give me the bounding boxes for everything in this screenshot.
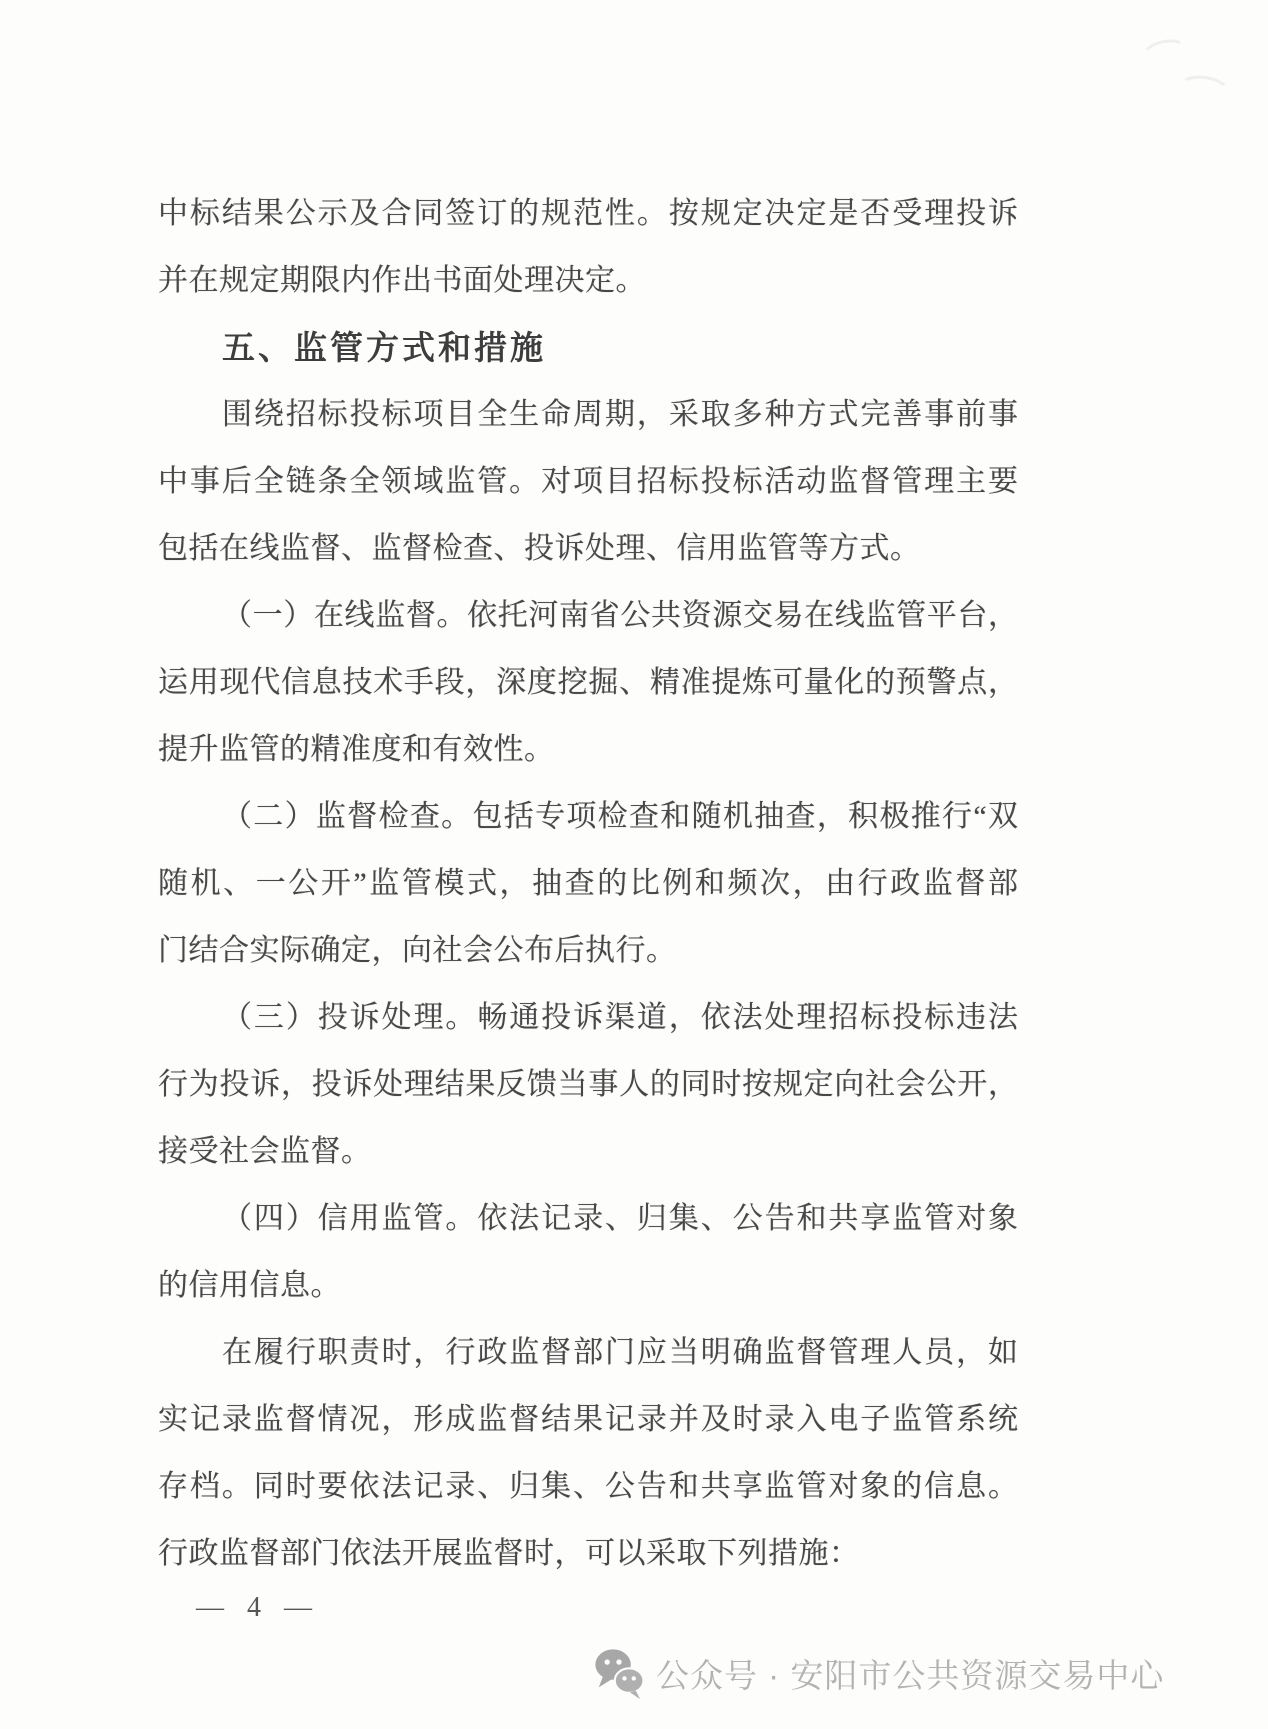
- document-line: 接受社会监督。: [158, 1118, 1018, 1185]
- page-number: — 4 —: [196, 1592, 320, 1624]
- document-line: （三）投诉处理。畅通投诉渠道，依法处理招标投标违法: [158, 984, 1018, 1051]
- wechat-watermark: 公众号 · 安阳市公共资源交易中心: [592, 1646, 1164, 1700]
- document-line: 提升监管的精准度和有效性。: [158, 716, 1018, 783]
- document-line: （二）监督检查。包括专项检查和随机抽查，积极推行“双: [158, 783, 1018, 850]
- document-line: 中事后全链条全领域监管。对项目招标投标活动监督管理主要: [158, 448, 1018, 515]
- section-heading: 五、监管方式和措施: [158, 314, 1018, 381]
- document-line: 门结合实际确定，向社会公布后执行。: [158, 917, 1018, 984]
- document-line: 存档。同时要依法记录、归集、公告和共享监管对象的信息。: [158, 1453, 1018, 1520]
- document-line: 运用现代信息技术手段，深度挖掘、精准提炼可量化的预警点，: [158, 649, 1018, 716]
- scan-smudge: [1176, 73, 1231, 108]
- document-line: 在履行职责时，行政监督部门应当明确监督管理人员，如: [158, 1319, 1018, 1386]
- document-line: 行政监督部门依法开展监督时，可以采取下列措施：: [158, 1520, 1018, 1587]
- document-line: 包括在线监督、监督检查、投诉处理、信用监管等方式。: [158, 515, 1018, 582]
- document-line: 的信用信息。: [158, 1252, 1018, 1319]
- document-body: 中标结果公示及合同签订的规范性。按规定决定是否受理投诉 并在规定期限内作出书面处…: [158, 180, 1018, 1587]
- wechat-icon: [592, 1646, 646, 1700]
- document-line: 实记录监督情况，形成监督结果记录并及时录入电子监管系统: [158, 1386, 1018, 1453]
- document-line: （四）信用监管。依法记录、归集、公告和共享监管对象: [158, 1185, 1018, 1252]
- document-line: 中标结果公示及合同签订的规范性。按规定决定是否受理投诉: [158, 180, 1018, 247]
- document-page: 中标结果公示及合同签订的规范性。按规定决定是否受理投诉 并在规定期限内作出书面处…: [0, 0, 1268, 1729]
- document-line: 围绕招标投标项目全生命周期，采取多种方式完善事前事: [158, 381, 1018, 448]
- watermark-label: 公众号 · 安阳市公共资源交易中心: [656, 1650, 1164, 1697]
- scan-smudge: [1140, 36, 1190, 71]
- document-line: （一）在线监督。依托河南省公共资源交易在线监管平台，: [158, 582, 1018, 649]
- document-line: 行为投诉，投诉处理结果反馈当事人的同时按规定向社会公开，: [158, 1051, 1018, 1118]
- document-line: 并在规定期限内作出书面处理决定。: [158, 247, 1018, 314]
- document-line: 随机、一公开”监管模式，抽查的比例和频次，由行政监督部: [158, 850, 1018, 917]
